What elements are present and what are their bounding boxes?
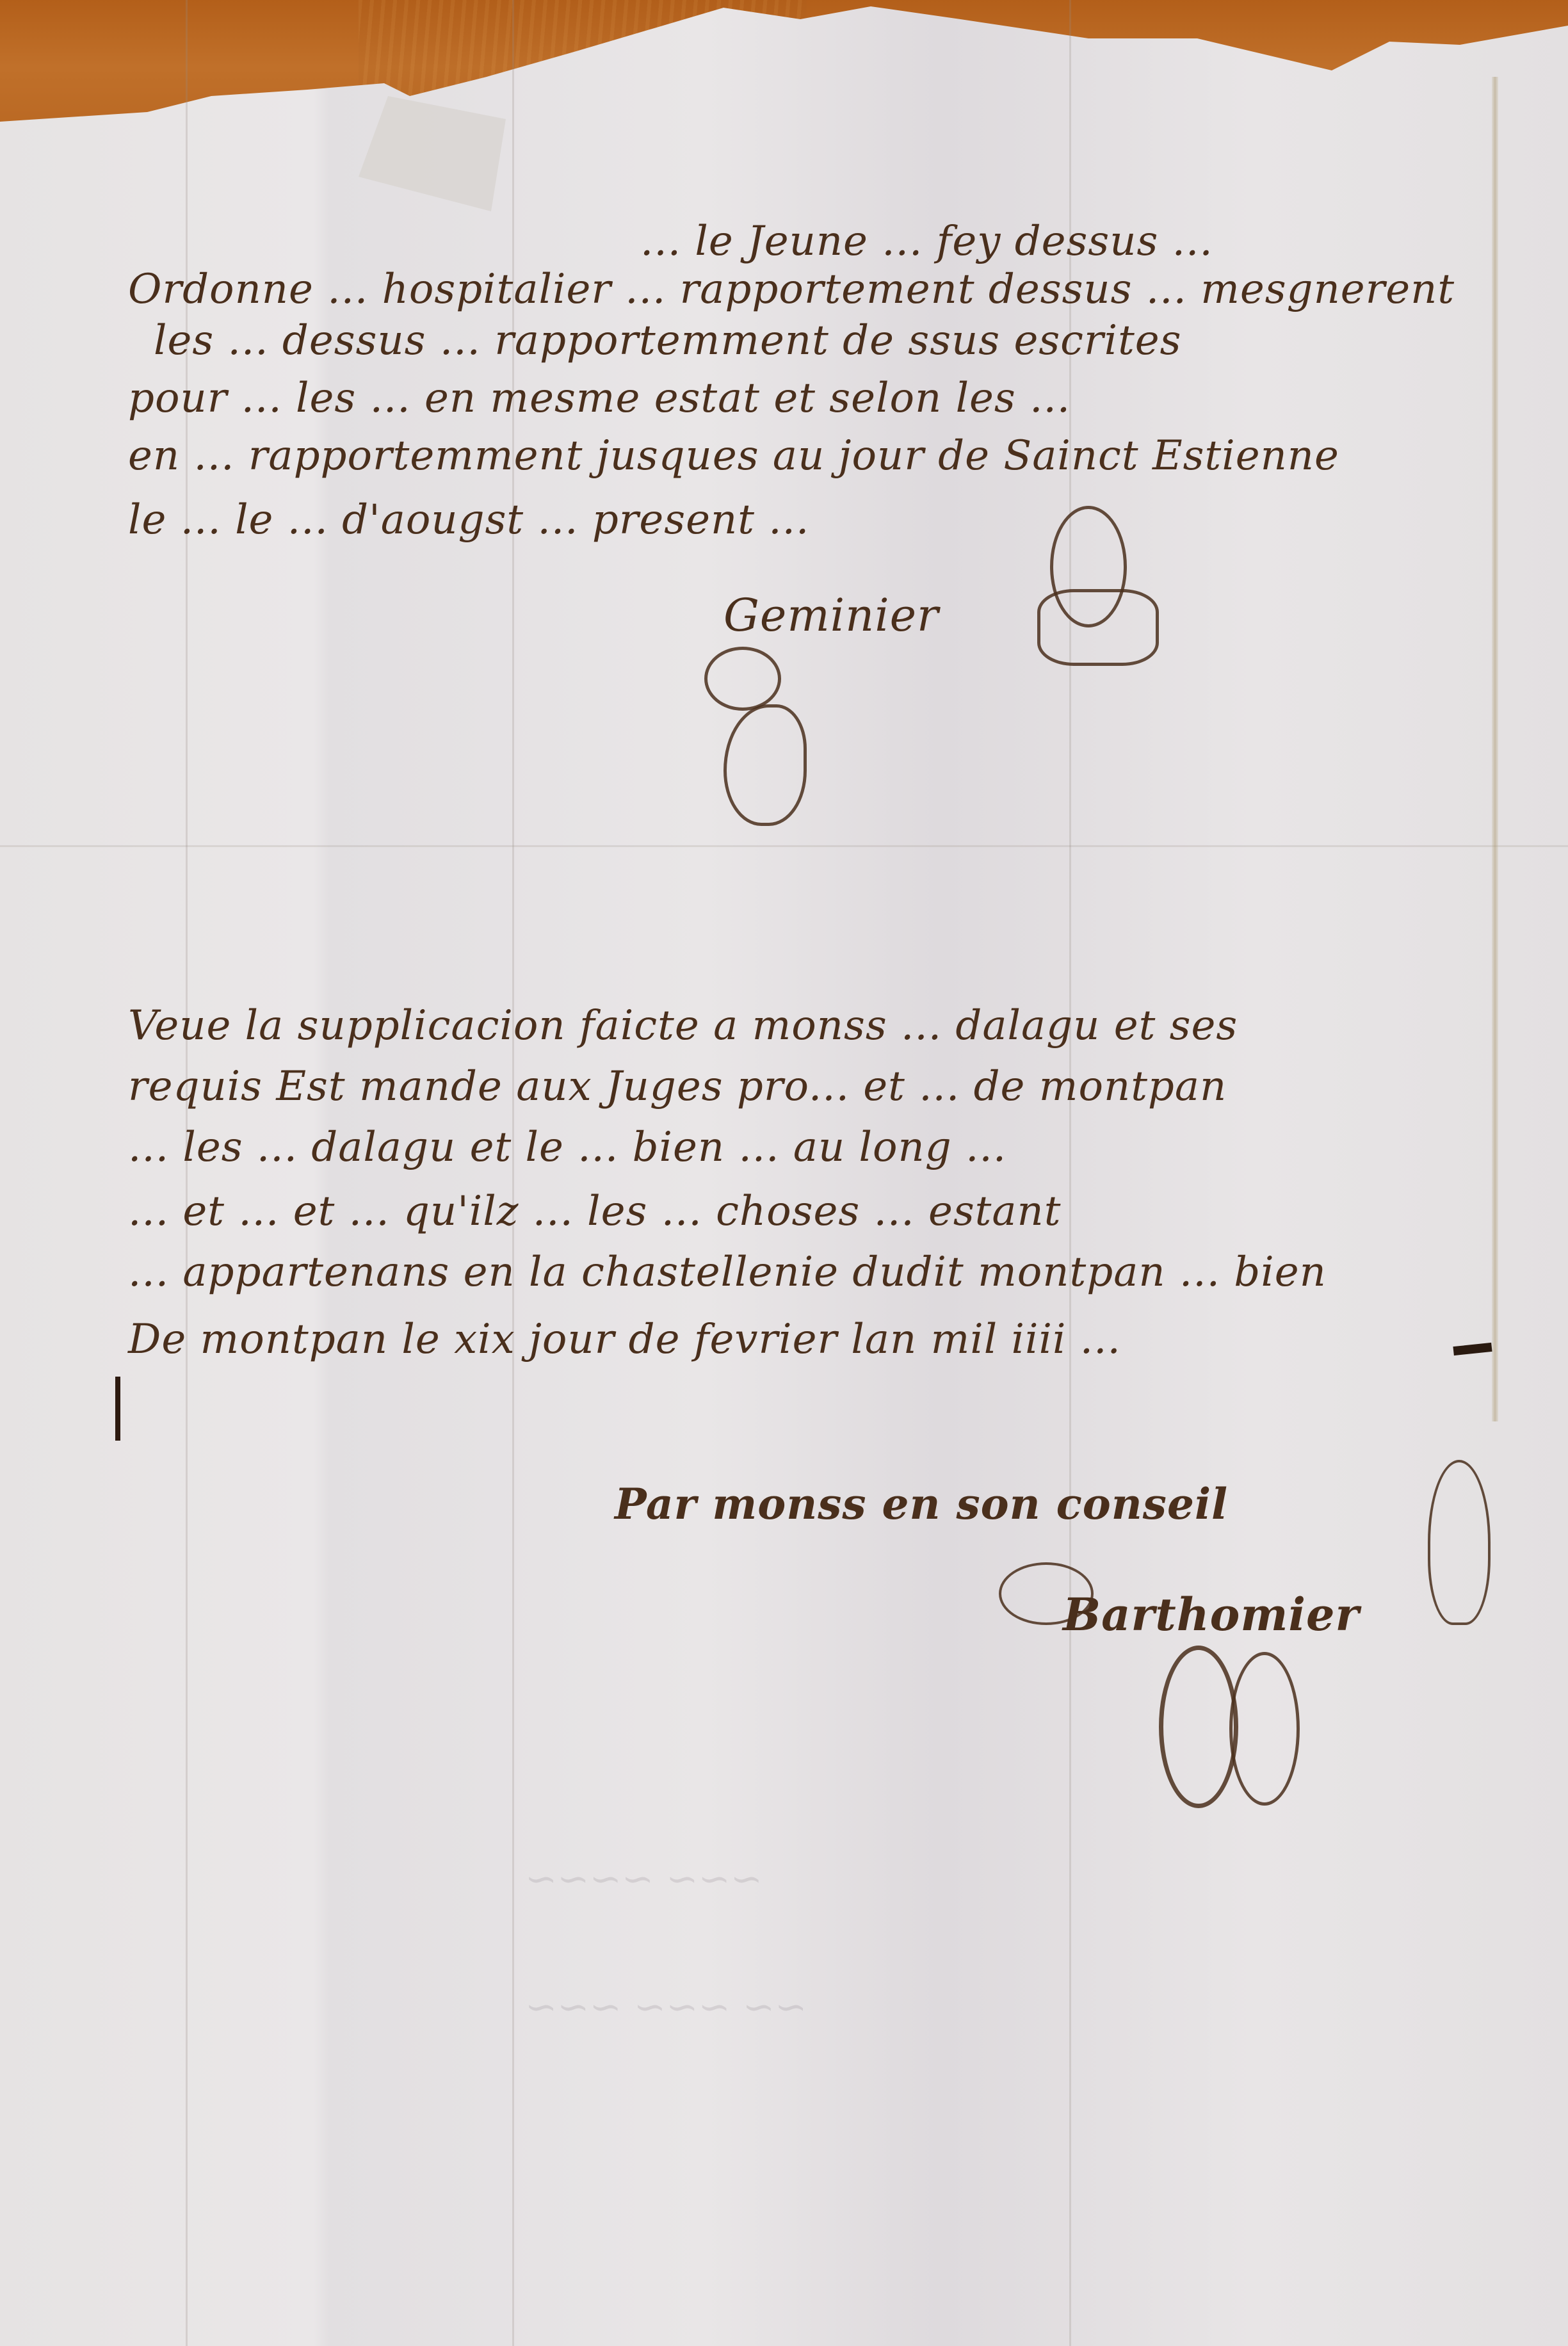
bleed-through-text: ~~ ~~~ ~~~: [525, 1985, 807, 2030]
paraph-monogram-left-icon: [704, 647, 781, 711]
paraph-loop-icon: [1229, 1652, 1300, 1806]
bleed-through-text: ~~~ ~~~~: [525, 1857, 763, 1902]
paraph-flourish-icon: [999, 1562, 1094, 1625]
right-fold-seam: [1492, 77, 1498, 1421]
text-line: requis Est mande aux Juges pro... et ...…: [128, 1066, 1227, 1107]
text-line: ... et ... et ... qu'ilz ... les ... cho…: [128, 1191, 1061, 1232]
text-line: le ... le ... d'aougst ... present ...: [128, 499, 809, 540]
closing-formula: Par monss en son conseil: [615, 1479, 1228, 1529]
text-line: Veue la supplicacion faicte a monss ... …: [128, 1005, 1238, 1046]
paraph-flourish-icon: [1428, 1460, 1491, 1625]
date-line: De montpan le xix jour de fevrier lan mi…: [128, 1319, 1121, 1360]
text-line: pour ... les ... en mesme estat et selon…: [128, 378, 1071, 419]
text-line: ... le Jeune ... fey dessus ...: [640, 221, 1213, 262]
text-line: ... appartenans en la chastellenie dudit…: [128, 1252, 1327, 1293]
paraph-monogram-right-icon: [1037, 589, 1159, 666]
text-line: Ordonne ... hospitalier ... rapportement…: [128, 269, 1455, 310]
signature-barthomier: Barthomier: [1063, 1588, 1359, 1641]
text-line: les ... dessus ... rapportemment de ssus…: [154, 320, 1182, 361]
margin-ink-mark: [115, 1377, 120, 1441]
horizontal-fold-line: [0, 845, 1568, 847]
signature-geminier: Geminier: [723, 589, 939, 642]
text-line: ... les ... dalagu et le ... bien ... au…: [128, 1127, 1006, 1168]
text-line: en ... rapportemment jusques au jour de …: [128, 435, 1339, 476]
paraph-loop-icon: [1159, 1646, 1238, 1808]
